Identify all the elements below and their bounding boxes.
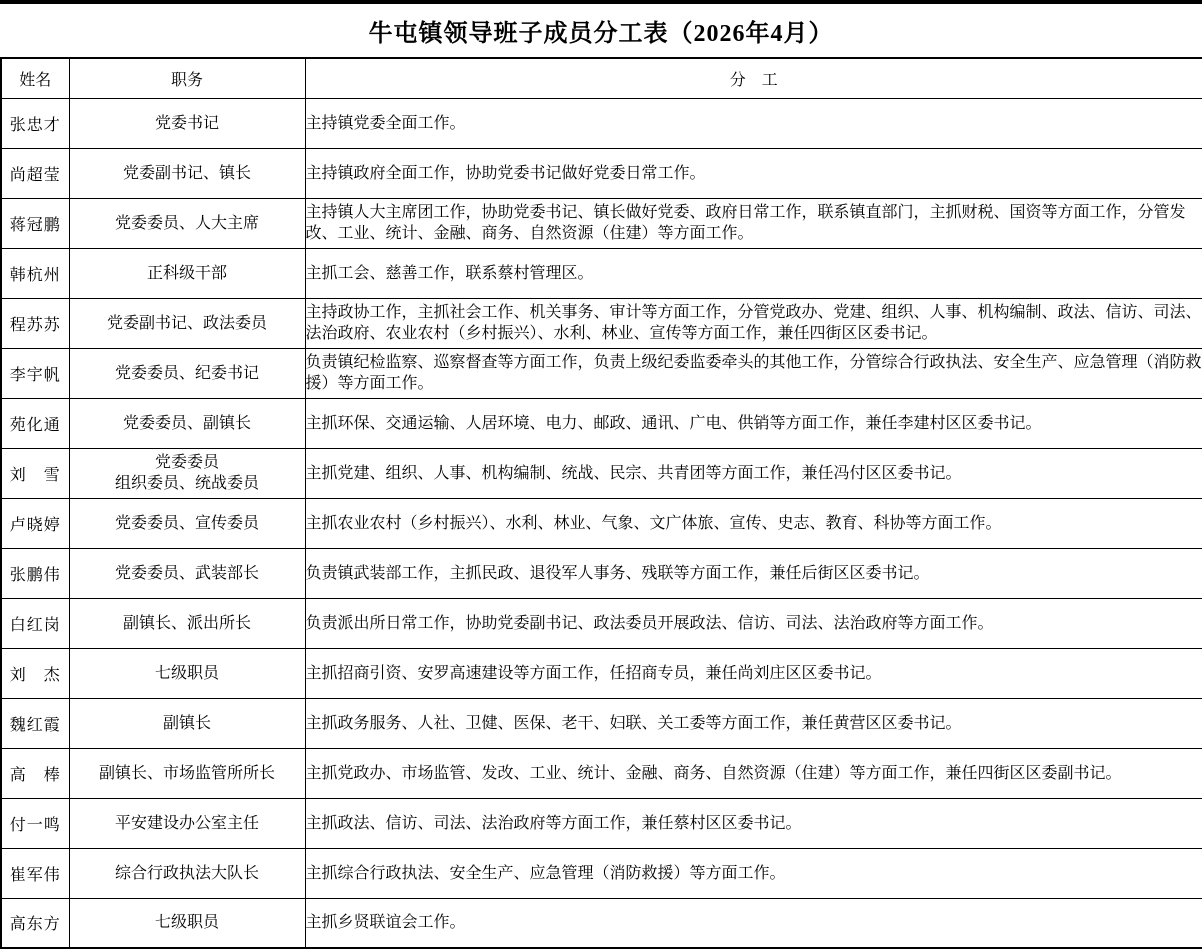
cell-position: 七级职员 xyxy=(69,898,305,948)
table-row: 刘 杰七级职员主抓招商引资、安罗高速建设等方面工作，任招商专员，兼任尚刘庄区区委… xyxy=(1,648,1202,698)
cell-name: 蒋冠鹏 xyxy=(1,198,69,248)
cell-name: 崔军伟 xyxy=(1,848,69,898)
table-row: 尚超莹党委副书记、镇长主持镇政府全面工作，协助党委书记做好党委日常工作。 xyxy=(1,148,1202,198)
table-row: 魏红霞副镇长主抓政务服务、人社、卫健、医保、老干、妇联、关工委等方面工作，兼任黄… xyxy=(1,698,1202,748)
cell-duty: 主抓党建、组织、人事、机构编制、统战、民宗、共青团等方面工作，兼任冯付区区委书记… xyxy=(305,448,1202,498)
table-row: 刘 雪党委委员 组织委员、统战委员主抓党建、组织、人事、机构编制、统战、民宗、共… xyxy=(1,448,1202,498)
cell-name: 尚超莹 xyxy=(1,148,69,198)
cell-name: 卢晓婷 xyxy=(1,498,69,548)
table-row: 李宇帆党委委员、纪委书记负责镇纪检监察、巡察督查等方面工作，负责上级纪委监委牵头… xyxy=(1,348,1202,398)
cell-position: 综合行政执法大队长 xyxy=(69,848,305,898)
cell-duty: 主抓党政办、市场监管、发改、工业、统计、金融、商务、自然资源（住建）等方面工作，… xyxy=(305,748,1202,798)
cell-duty: 负责派出所日常工作，协助党委副书记、政法委员开展政法、信访、司法、法治政府等方面… xyxy=(305,598,1202,648)
cell-name: 张忠才 xyxy=(1,98,69,148)
cell-position: 副镇长、派出所长 xyxy=(69,598,305,648)
cell-position: 正科级干部 xyxy=(69,248,305,298)
cell-duty: 主抓乡贤联谊会工作。 xyxy=(305,898,1202,948)
cell-position: 党委委员、人大主席 xyxy=(69,198,305,248)
header-position: 职务 xyxy=(69,58,305,98)
table-row: 程苏苏党委副书记、政法委员主持政协工作，主抓社会工作、机关事务、审计等方面工作，… xyxy=(1,298,1202,348)
cell-name: 魏红霞 xyxy=(1,698,69,748)
cell-duty: 负责镇武装部工作，主抓民政、退役军人事务、残联等方面工作，兼任后街区区委书记。 xyxy=(305,548,1202,598)
table-row: 高东方七级职员主抓乡贤联谊会工作。 xyxy=(1,898,1202,948)
header-duty: 分 工 xyxy=(305,58,1202,98)
cell-name: 高 棒 xyxy=(1,748,69,798)
cell-duty: 主抓政务服务、人社、卫健、医保、老干、妇联、关工委等方面工作，兼任黄营区区委书记… xyxy=(305,698,1202,748)
cell-name: 程苏苏 xyxy=(1,298,69,348)
cell-duty: 主持政协工作，主抓社会工作、机关事务、审计等方面工作，分管党政办、党建、组织、人… xyxy=(305,298,1202,348)
cell-duty: 主持镇党委全面工作。 xyxy=(305,98,1202,148)
cell-name: 付一鸣 xyxy=(1,798,69,848)
cell-position: 党委委员 组织委员、统战委员 xyxy=(69,448,305,498)
cell-duty: 主抓农业农村（乡村振兴）、水利、林业、气象、文广体旅、宣传、史志、教育、科协等方… xyxy=(305,498,1202,548)
cell-duty: 主抓工会、慈善工作，联系蔡村管理区。 xyxy=(305,248,1202,298)
cell-position: 党委委员、副镇长 xyxy=(69,398,305,448)
header-name: 姓名 xyxy=(1,58,69,98)
table-row: 蒋冠鹏党委委员、人大主席主持镇人大主席团工作，协助党委书记、镇长做好党委、政府日… xyxy=(1,198,1202,248)
cell-duty: 主抓政法、信访、司法、法治政府等方面工作，兼任蔡村区区委书记。 xyxy=(305,798,1202,848)
assignment-table: 姓名 职务 分 工 张忠才党委书记主持镇党委全面工作。尚超莹党委副书记、镇长主持… xyxy=(0,57,1202,949)
cell-duty: 主抓综合行政执法、安全生产、应急管理（消防救援）等方面工作。 xyxy=(305,848,1202,898)
table-row: 张忠才党委书记主持镇党委全面工作。 xyxy=(1,98,1202,148)
table-row: 苑化通党委委员、副镇长主抓环保、交通运输、人居环境、电力、邮政、通讯、广电、供销… xyxy=(1,398,1202,448)
cell-name: 刘 雪 xyxy=(1,448,69,498)
cell-duty: 负责镇纪检监察、巡察督查等方面工作，负责上级纪委监委牵头的其他工作，分管综合行政… xyxy=(305,348,1202,398)
cell-position: 七级职员 xyxy=(69,648,305,698)
header-row: 姓名 职务 分 工 xyxy=(1,58,1202,98)
cell-position: 党委委员、宣传委员 xyxy=(69,498,305,548)
cell-duty: 主抓环保、交通运输、人居环境、电力、邮政、通讯、广电、供销等方面工作，兼任李建村… xyxy=(305,398,1202,448)
table-row: 崔军伟综合行政执法大队长主抓综合行政执法、安全生产、应急管理（消防救援）等方面工… xyxy=(1,848,1202,898)
cell-name: 刘 杰 xyxy=(1,648,69,698)
cell-position: 副镇长 xyxy=(69,698,305,748)
page-title: 牛屯镇领导班子成员分工表（2026年4月） xyxy=(0,4,1202,57)
cell-position: 党委委员、纪委书记 xyxy=(69,348,305,398)
cell-position: 党委书记 xyxy=(69,98,305,148)
cell-name: 李宇帆 xyxy=(1,348,69,398)
cell-duty: 主持镇人大主席团工作，协助党委书记、镇长做好党委、政府日常工作，联系镇直部门，主… xyxy=(305,198,1202,248)
table-row: 白红岗副镇长、派出所长负责派出所日常工作，协助党委副书记、政法委员开展政法、信访… xyxy=(1,598,1202,648)
cell-position: 党委副书记、政法委员 xyxy=(69,298,305,348)
cell-name: 高东方 xyxy=(1,898,69,948)
table-row: 卢晓婷党委委员、宣传委员主抓农业农村（乡村振兴）、水利、林业、气象、文广体旅、宣… xyxy=(1,498,1202,548)
table-row: 付一鸣平安建设办公室主任主抓政法、信访、司法、法治政府等方面工作，兼任蔡村区区委… xyxy=(1,798,1202,848)
cell-position: 平安建设办公室主任 xyxy=(69,798,305,848)
cell-name: 苑化通 xyxy=(1,398,69,448)
cell-position: 党委委员、武装部长 xyxy=(69,548,305,598)
table-row: 高 棒副镇长、市场监管所所长主抓党政办、市场监管、发改、工业、统计、金融、商务、… xyxy=(1,748,1202,798)
cell-position: 副镇长、市场监管所所长 xyxy=(69,748,305,798)
cell-duty: 主持镇政府全面工作，协助党委书记做好党委日常工作。 xyxy=(305,148,1202,198)
cell-position: 党委副书记、镇长 xyxy=(69,148,305,198)
cell-duty: 主抓招商引资、安罗高速建设等方面工作，任招商专员，兼任尚刘庄区区委书记。 xyxy=(305,648,1202,698)
cell-name: 白红岗 xyxy=(1,598,69,648)
cell-name: 张鹏伟 xyxy=(1,548,69,598)
document-page: 牛屯镇领导班子成员分工表（2026年4月） 姓名 职务 分 工 张忠才党委书记主… xyxy=(0,0,1202,949)
table-row: 张鹏伟党委委员、武装部长负责镇武装部工作，主抓民政、退役军人事务、残联等方面工作… xyxy=(1,548,1202,598)
table-row: 韩杭州正科级干部主抓工会、慈善工作，联系蔡村管理区。 xyxy=(1,248,1202,298)
cell-name: 韩杭州 xyxy=(1,248,69,298)
